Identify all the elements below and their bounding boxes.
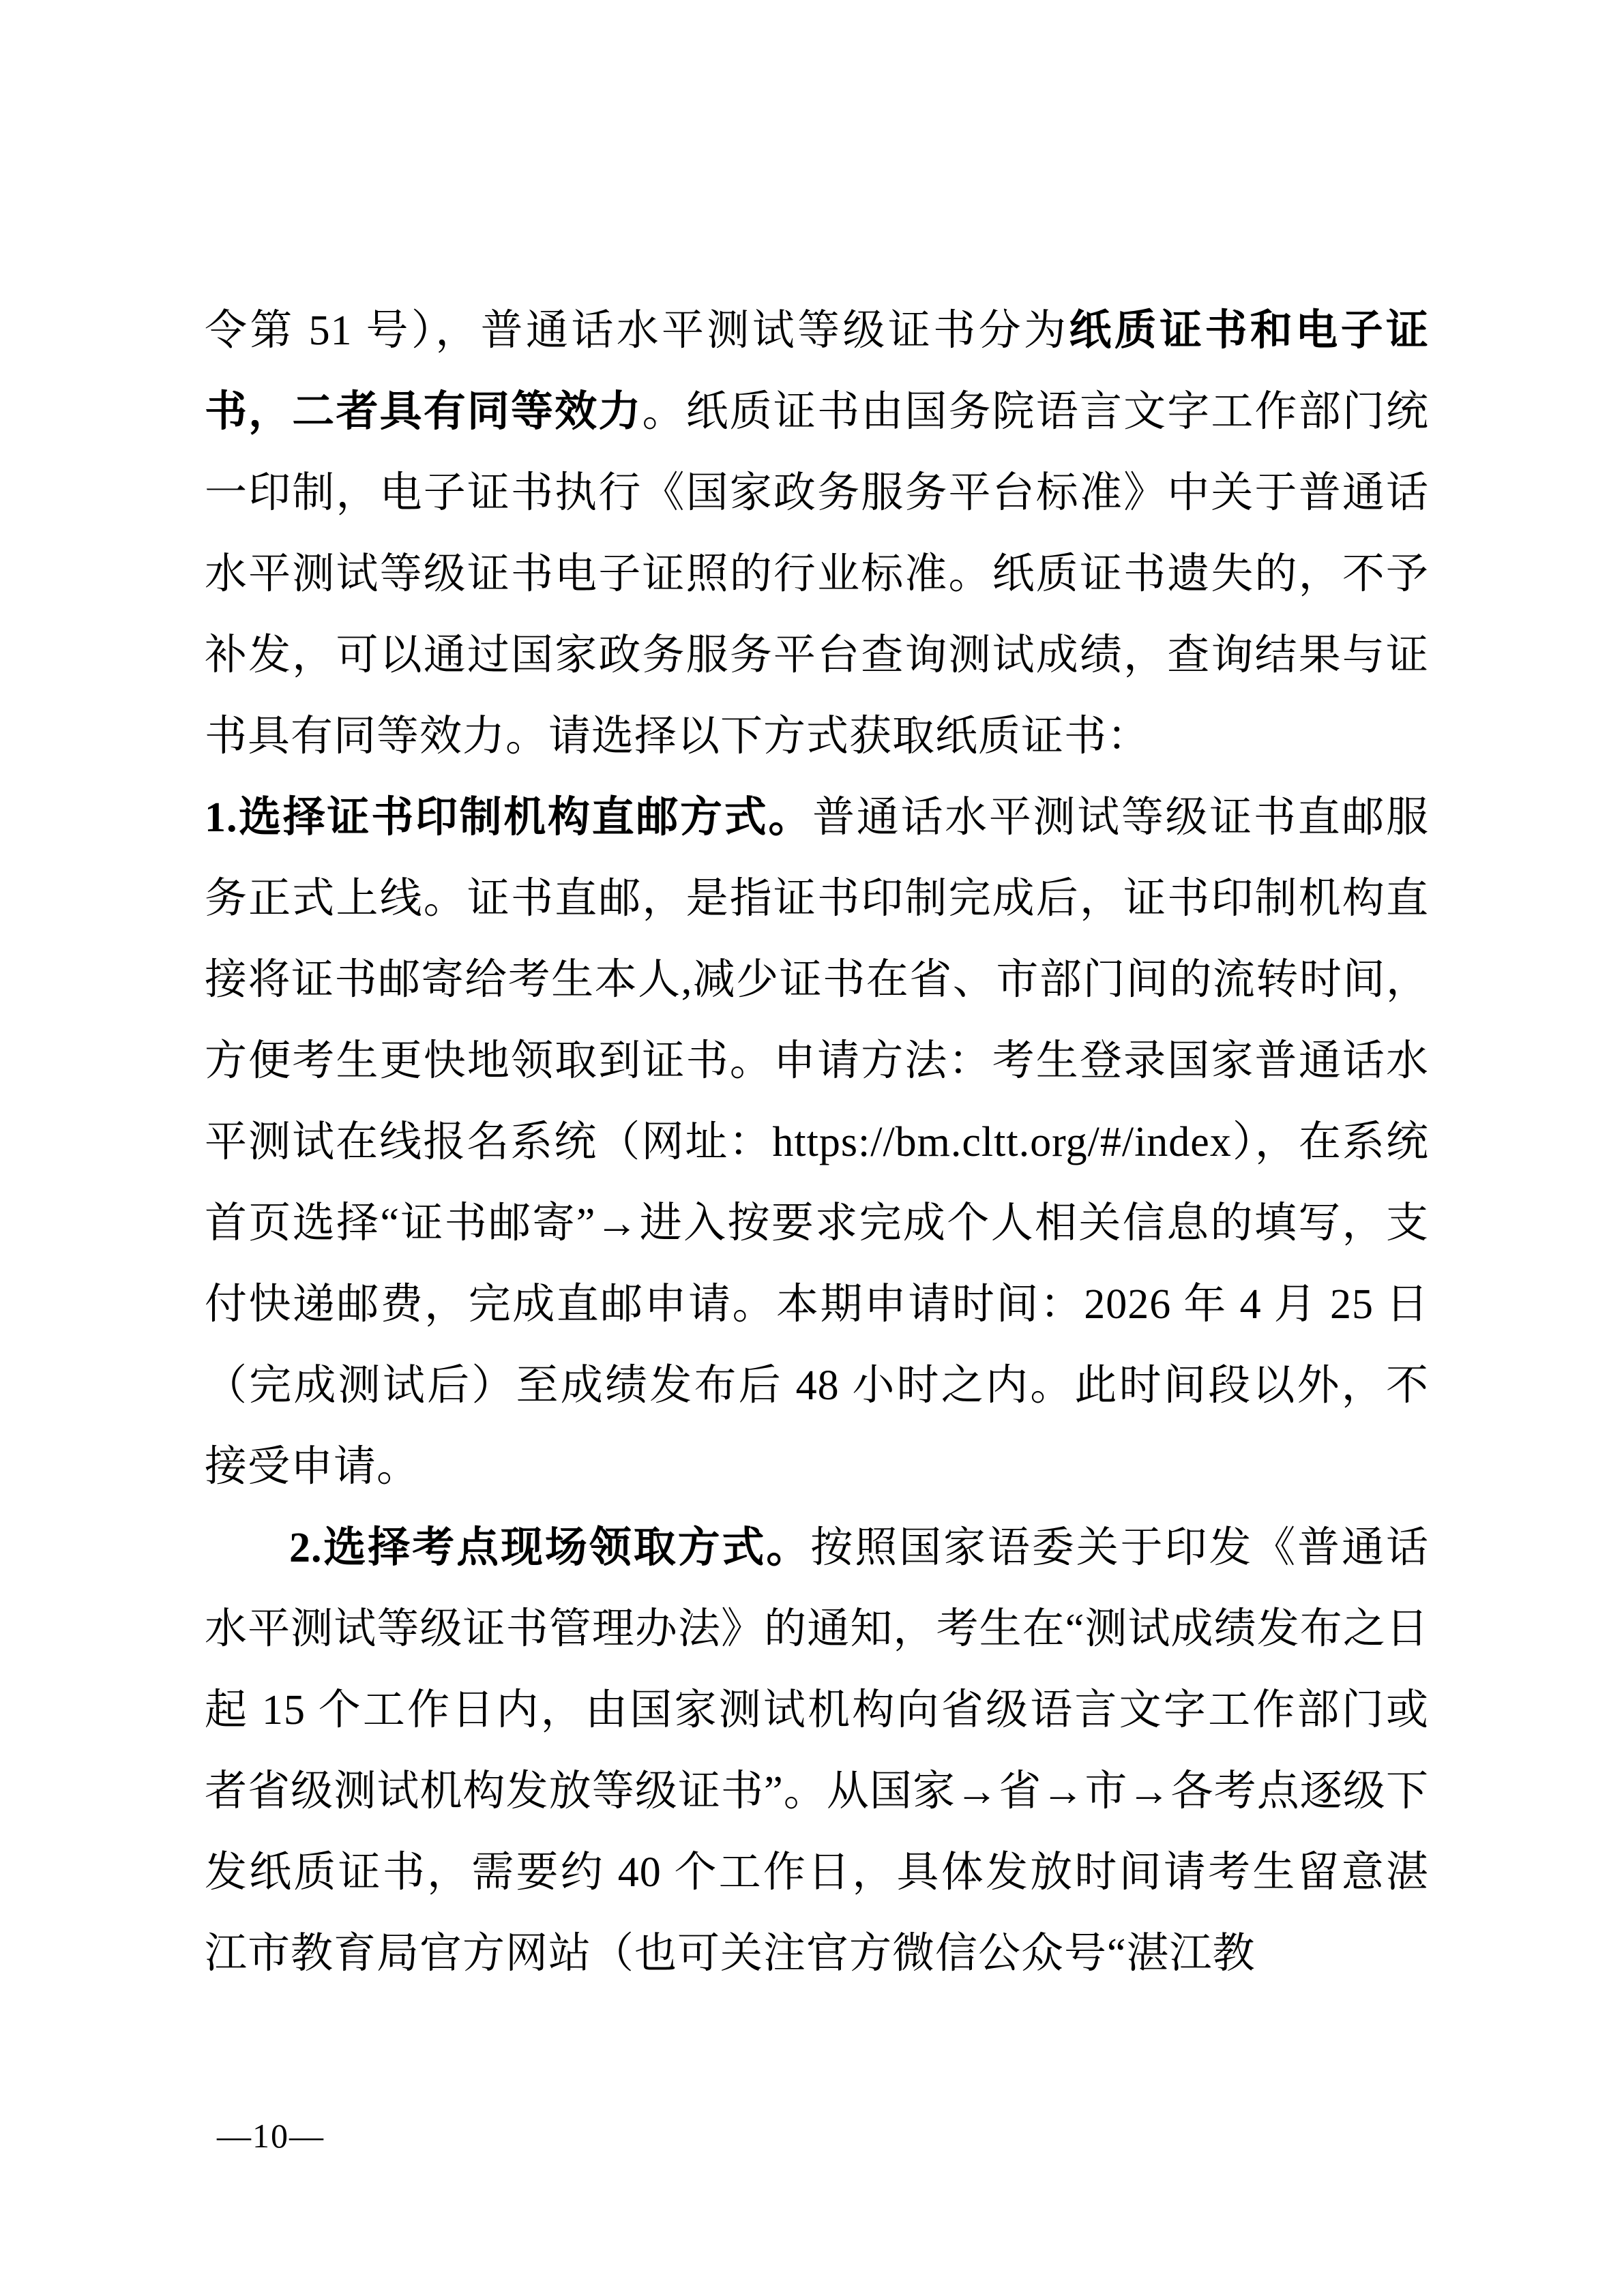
bold-text-run: 2.选择考点现场领取方式。 [289,1525,810,1571]
paragraph: 2.选择考点现场领取方式。按照国家语委关于印发《普通话水平测试等级证书管理办法》… [205,1508,1429,1995]
document-body: 令第 51 号），普通话水平测试等级证书分为纸质证书和电子证书，二者具有同等效力… [205,290,1429,1995]
document-page: 令第 51 号），普通话水平测试等级证书分为纸质证书和电子证书，二者具有同等效力… [0,0,1624,2296]
paragraph: 1.选择证书印制机构直邮方式。普通话水平测试等级证书直邮服务正式上线。证书直邮，… [205,777,1429,1508]
text-run: 普通话水平测试等级证书直邮服务正式上线。证书直邮，是指证书印制完成后，证书印制机… [205,794,1429,1490]
text-run: 令第 51 号），普通话水平测试等级证书分为 [205,308,1069,354]
page-number: —10— [217,2115,325,2156]
text-run: 按照国家语委关于印发《普通话水平测试等级证书管理办法》的通知，考生在“测试成绩发… [205,1525,1429,1977]
bold-text-run: 1.选择证书印制机构直邮方式。 [205,794,812,841]
paragraph: 令第 51 号），普通话水平测试等级证书分为纸质证书和电子证书，二者具有同等效力… [205,290,1429,777]
text-run: 。纸质证书由国务院语言文字工作部门统一印制，电子证书执行《国家政务服务平台标准》… [205,389,1429,760]
